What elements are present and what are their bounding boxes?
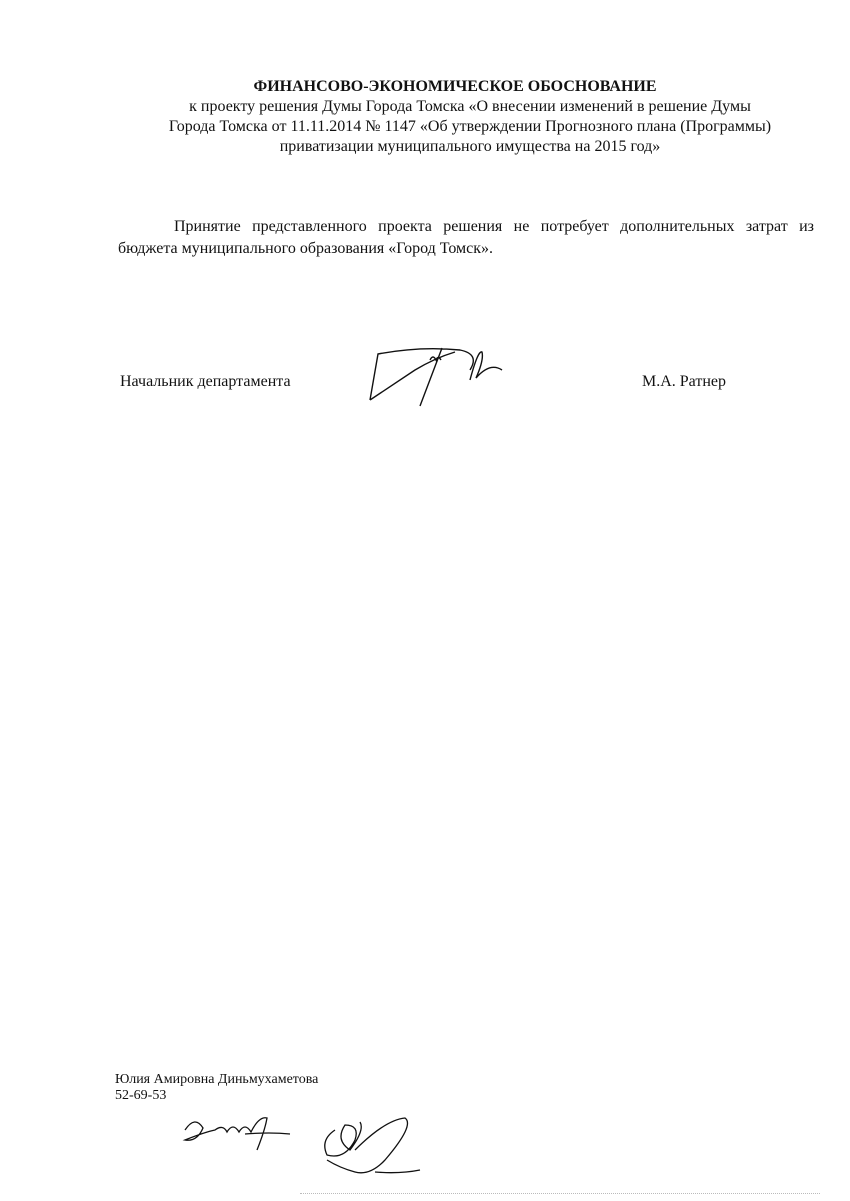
executor-name: Юлия Амировна Диньмухаметова [115,1072,318,1088]
document-subtitle: к проекту решения Думы Города Томска «О … [120,97,820,157]
scan-artifact-line [300,1193,820,1195]
subtitle-line: к проекту решения Думы Города Томска «О … [120,97,820,117]
handwritten-signature-icon [360,340,510,410]
approval-signature-icon [175,1110,295,1155]
signatory-name: М.А. Ратнер [642,373,726,391]
body-paragraph: Принятие представленного проекта решения… [118,216,814,260]
subtitle-line: Города Томска от 11.11.2014 № 1147 «Об у… [120,117,820,137]
document-title: ФИНАНСОВО-ЭКОНОМИЧЕСКОЕ ОБОСНОВАНИЕ [0,78,850,96]
subtitle-line: приватизации муниципального имущества на… [120,137,820,157]
executor-phone: 52-69-53 [115,1088,166,1104]
approval-signature-icon [315,1110,425,1180]
signatory-position: Начальник департамента [120,373,291,391]
